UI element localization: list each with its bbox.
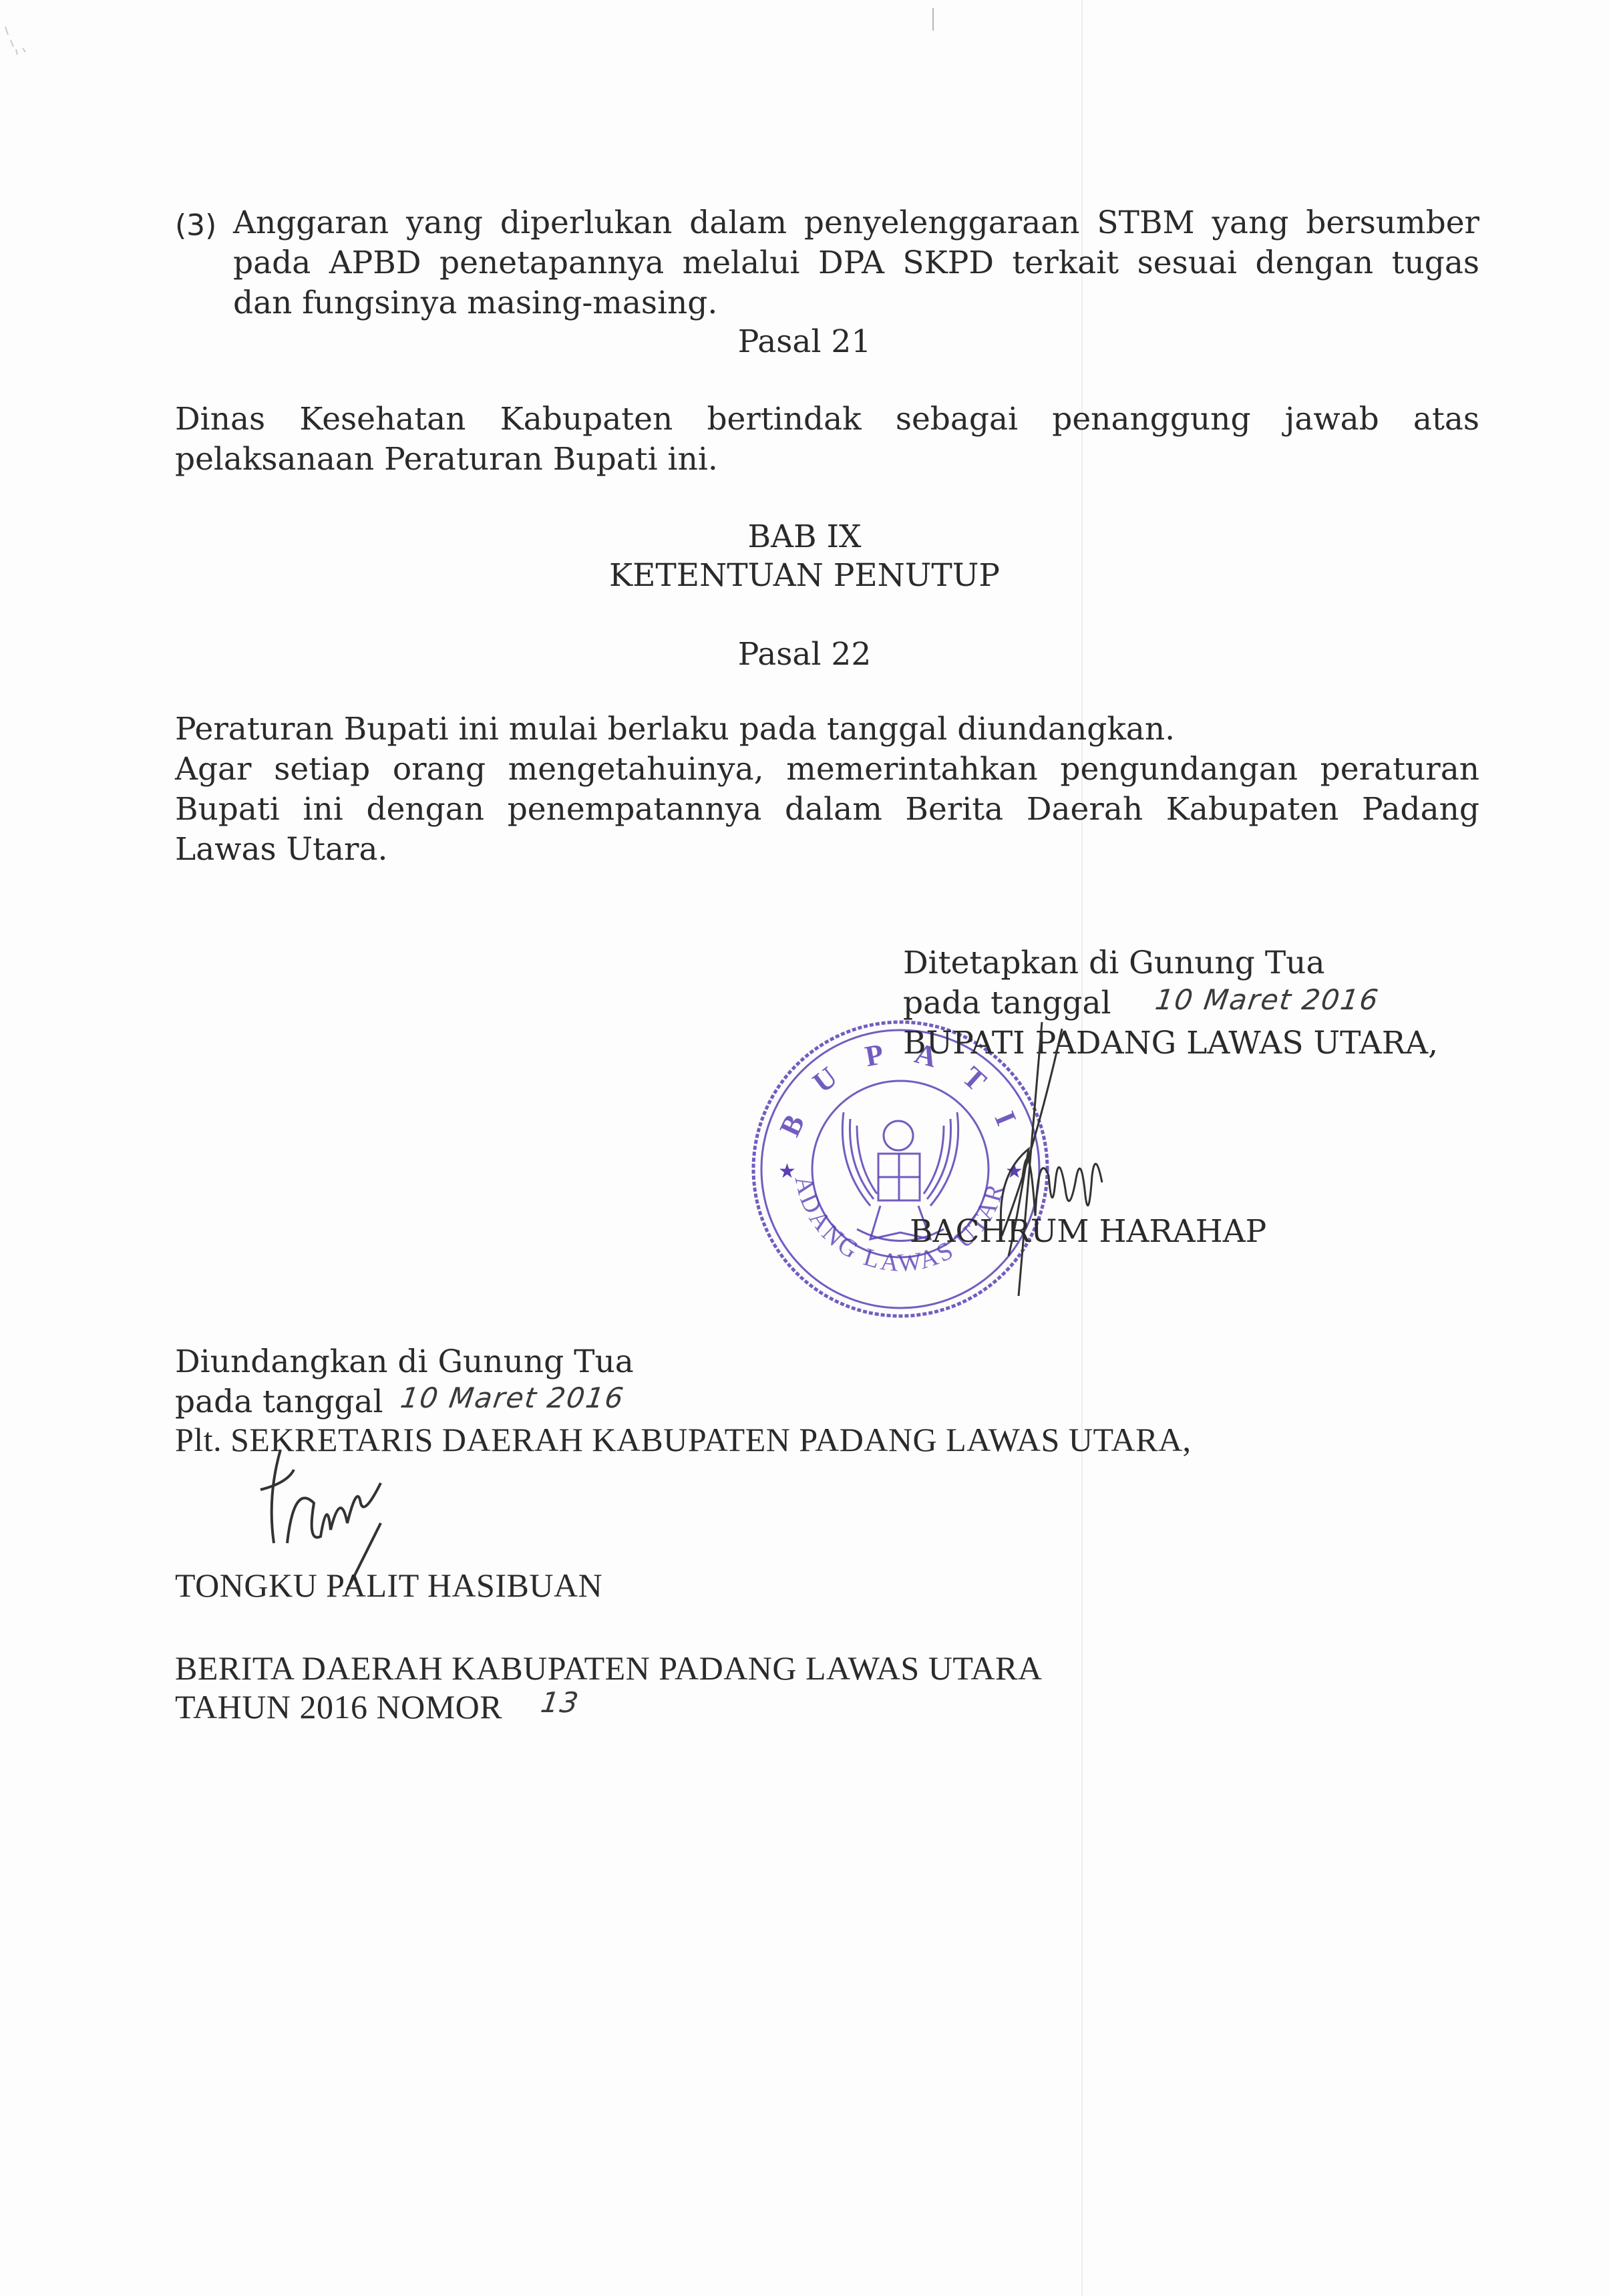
paragraph-marker: (3)	[175, 208, 216, 242]
paragraph-3-line-1: Anggaran yang diperlukan dalam penyeleng…	[233, 207, 1479, 238]
pasal-21-line-2: pelaksanaan Peraturan Bupati ini.	[175, 444, 1479, 475]
scan-smudge	[3, 20, 29, 60]
promulgation-place: Diundangkan di Gunung Tua	[175, 1346, 634, 1377]
chapter-number: BAB IX	[0, 521, 1609, 552]
pasal-22-line-2: Agar setiap orang mengetahuinya, memerin…	[175, 754, 1479, 785]
gazette-line-1: BERITA DAERAH KABUPATEN PADANG LAWAS UTA…	[175, 1651, 1042, 1685]
chapter-title: KETENTUAN PENUTUP	[0, 560, 1609, 591]
paragraph-3-line-2: pada APBD penetapannya melalui DPA SKPD …	[233, 247, 1479, 279]
gazette-handwritten-number: 13	[539, 1686, 582, 1719]
regent-signature	[962, 1015, 1149, 1309]
pasal-21-heading: Pasal 21	[0, 326, 1609, 357]
gazette-line-2: TAHUN 2016 NOMOR	[175, 1690, 502, 1724]
paragraph-3-line-3: dan fungsinya masing-masing.	[233, 287, 1479, 319]
promulgation-signatory: TONGKU PALIT HASIBUAN	[175, 1569, 602, 1602]
pasal-22-line-3: Bupati ini dengan penempatannya dalam Be…	[175, 794, 1479, 825]
promulgation-handwritten-date: 10 Maret 2016	[399, 1381, 627, 1414]
pasal-22-heading: Pasal 22	[0, 639, 1609, 670]
svg-text:★: ★	[778, 1160, 796, 1183]
promulgation-date-label: pada tanggal	[175, 1386, 383, 1418]
pasal-22-line-4: Lawas Utara.	[175, 834, 1479, 865]
document-page: (3) Anggaran yang diperlukan dalam penye…	[0, 0, 1609, 2296]
enactment-handwritten-date: 10 Maret 2016	[1153, 983, 1381, 1016]
scan-mark	[932, 8, 934, 31]
pasal-22-line-1: Peraturan Bupati ini mulai berlaku pada …	[175, 713, 1479, 745]
pasal-21-line-1: Dinas Kesehatan Kabupaten bertindak seba…	[175, 403, 1479, 435]
enactment-place: Ditetapkan di Gunung Tua	[903, 947, 1324, 979]
enactment-signatory: BACHRUM HARAHAP	[910, 1216, 1266, 1247]
